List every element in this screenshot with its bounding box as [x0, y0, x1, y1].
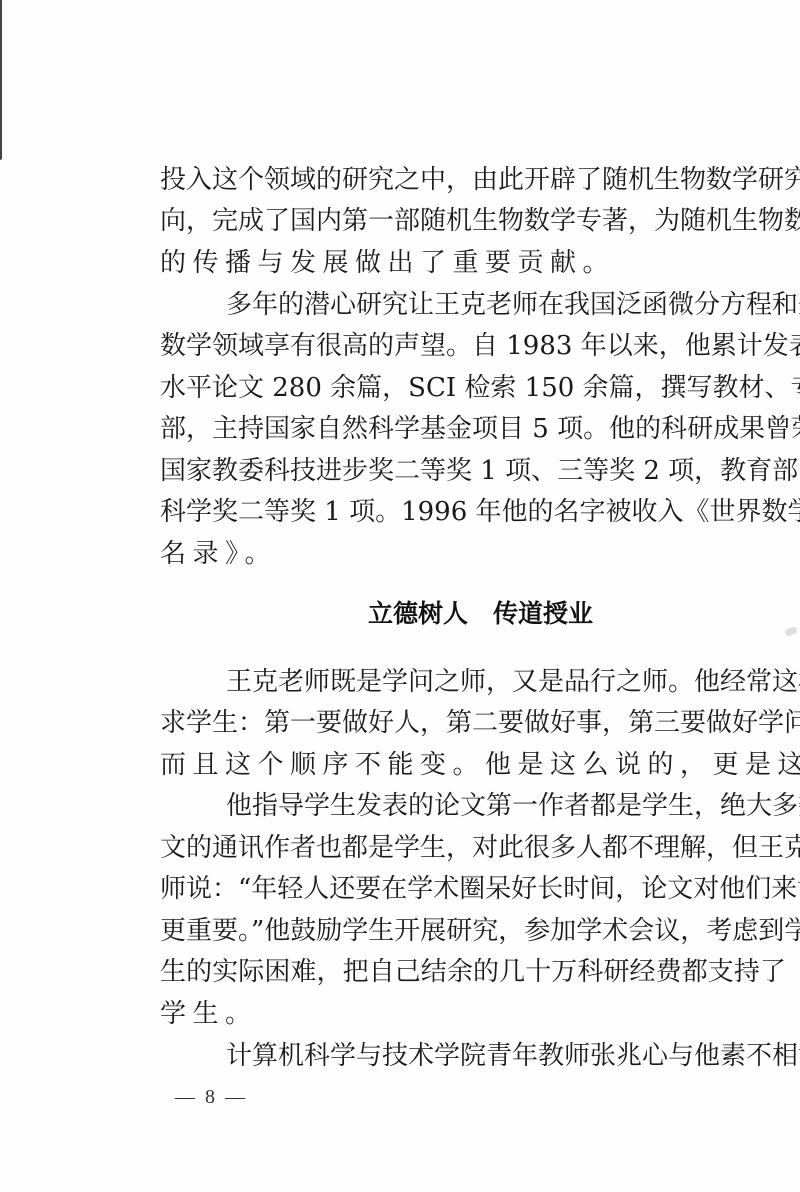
paragraph-line: 生的实际困难，把自己结余的几十万科研经费都支持了: [160, 955, 786, 989]
paragraph-line: 王克老师既是学问之师，又是品行之师。他经常这样要: [226, 665, 786, 699]
paragraph-line: 投入这个领域的研究之中，由此开辟了随机生物数学研究方: [160, 163, 786, 197]
paragraph-line: 学生。: [160, 997, 786, 1031]
paragraph-line: 部，主持国家自然科学基金项目 5 项。他的科研成果曾荣获: [160, 412, 786, 446]
paragraph-line: 水平论文 280 余篇，SCI 检索 150 余篇，撰写教材、专著 5: [160, 371, 786, 405]
paragraph-line: 而且这个顺序不能变。他是这么说的，更是这么做的。: [160, 748, 786, 782]
paragraph-line: 向，完成了国内第一部随机生物数学专著，为随机生物数学: [160, 204, 786, 238]
scan-smudge: [784, 626, 798, 637]
section-heading: 立德树人 传道授业: [368, 596, 588, 632]
paragraph-line: 更重要。”他鼓励学生开展研究，参加学术会议，考虑到学: [160, 914, 786, 948]
paragraph-line: 的传播与发展做出了重要贡献。: [160, 246, 786, 280]
paragraph-line: 文的通讯作者也都是学生，对此很多人都不理解，但王克老: [160, 831, 786, 865]
paragraph-line: 师说：“年轻人还要在学术圈呆好长时间，论文对他们来说: [160, 872, 786, 906]
paragraph-line: 计算机科学与技术学院青年教师张兆心与他素不相识，: [226, 1039, 786, 1073]
paragraph-line: 科学奖二等奖 1 项。1996 年他的名字被收入《世界数学家: [160, 495, 786, 529]
document-page: 投入这个领域的研究之中，由此开辟了随机生物数学研究方 向，完成了国内第一部随机生…: [0, 0, 800, 1192]
paragraph-line: 国家教委科技进步奖二等奖 1 项、三等奖 2 项，教育部自然: [160, 454, 786, 488]
page-number: — 8 —: [175, 1084, 245, 1110]
paragraph-line: 名录》。: [160, 537, 786, 571]
page-edge-shadow: [0, 0, 2, 160]
paragraph-line: 他指导学生发表的论文第一作者都是学生，绝大多数论: [226, 789, 786, 823]
paragraph-line: 多年的潜心研究让王克老师在我国泛函微分方程和生物: [226, 288, 786, 322]
paragraph-line: 求学生：第一要做好人，第二要做好事，第三要做好学问，: [160, 706, 786, 740]
paragraph-line: 数学领域享有很高的声望。自 1983 年以来，他累计发表高: [160, 329, 786, 363]
